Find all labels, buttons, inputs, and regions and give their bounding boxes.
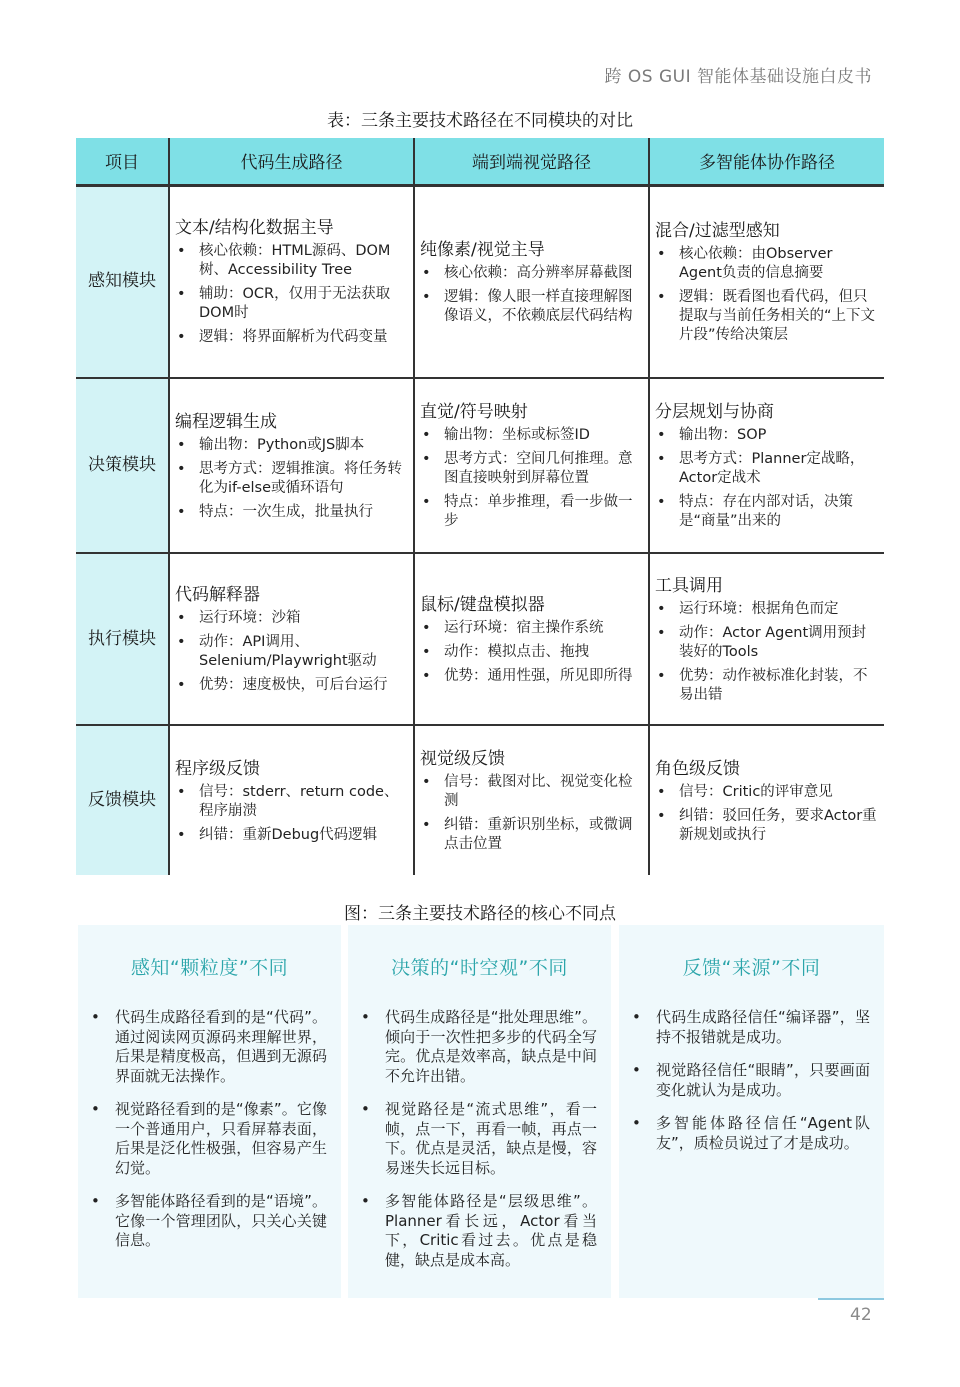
cell-title: 混合/过滤型感知 (655, 219, 878, 243)
cell-list: •信号：stderr、return code、程序崩溃 •纠错：重新Debug代… (175, 783, 407, 845)
bullet-icon: • (422, 773, 431, 792)
bullet-icon: • (361, 1100, 370, 1120)
figure-caption: 图：三条主要技术路径的核心不同点 (0, 899, 960, 924)
list-item: •思考方式：空间几何推理。意图直接映射到屏幕位置 (420, 450, 642, 488)
bullet-icon: • (177, 436, 186, 455)
cell-list: •信号：Critic的评审意见 •纠错：驳回任务，要求Actor重新规划或执行 (655, 783, 878, 845)
cell-title: 代码解释器 (175, 583, 407, 607)
list-item: •信号：截图对比、视觉变化检测 (420, 773, 642, 811)
bullet-icon: • (177, 676, 186, 695)
cell-title: 视觉级反馈 (420, 747, 642, 771)
list-item: •纠错：重新Debug代码逻辑 (175, 826, 407, 845)
bullet-icon: • (422, 450, 431, 469)
list-item: •代码生成路径信任“编译器”，坚持不报错就是成功。 (629, 1008, 870, 1047)
bullet-icon: • (177, 633, 186, 652)
list-item: •动作：Actor Agent调用预封装好的Tools (655, 624, 878, 662)
list-item: •动作：模拟点击、拖拽 (420, 643, 642, 662)
bullet-icon: • (657, 493, 666, 512)
card-decision-spacetime: 决策的“时空观”不同 •代码生成路径是“批处理思维”。倾向于一次性把多步的代码全… (348, 925, 611, 1298)
table-cell: 直觉/符号映射 •输出物：坐标或标签ID •思考方式：空间几何推理。意图直接映射… (414, 378, 649, 553)
page-number-rule (818, 1298, 884, 1300)
cell-title: 工具调用 (655, 574, 878, 598)
bullet-icon: • (632, 1061, 641, 1081)
list-item: •逻辑：像人眼一样直接理解图像语义，不依赖底层代码结构 (420, 288, 642, 326)
table-cell: 视觉级反馈 •信号：截图对比、视觉变化检测 •纠错：重新识别坐标，或微调点击位置 (414, 725, 649, 875)
cell-title: 鼠标/键盘模拟器 (420, 593, 642, 617)
list-item: •核心依赖：高分辨率屏幕截图 (420, 264, 642, 283)
cell-list: •输出物：SOP •思考方式：Planner定战略，Actor定战术 •特点：存… (655, 426, 878, 531)
bullet-icon: • (177, 285, 186, 304)
list-item: •多智能体路径看到的是“语境”。它像一个管理团队，只关心关键信息。 (88, 1192, 327, 1251)
bullet-icon: • (177, 826, 186, 845)
list-item: •视觉路径看到的是“像素”。它像一个普通用户，只看屏幕表面，后果是泛化性极强，但… (88, 1100, 327, 1178)
card-perception-granularity: 感知“颗粒度”不同 •代码生成路径看到的是“代码”。通过阅读网页源码来理解世界，… (78, 925, 341, 1298)
table-cell: 工具调用 •运行环境：根据角色而定 •动作：Actor Agent调用预封装好的… (649, 553, 884, 725)
cell-list: •核心依赖：高分辨率屏幕截图 •逻辑：像人眼一样直接理解图像语义，不依赖底层代码… (420, 264, 642, 326)
bullet-icon: • (632, 1114, 641, 1134)
card-feedback-source: 反馈“来源”不同 •代码生成路径信任“编译器”，坚持不报错就是成功。 •视觉路径… (619, 925, 884, 1298)
bullet-icon: • (422, 643, 431, 662)
column-header-item: 项目 (76, 138, 169, 185)
list-item: •思考方式：Planner定战略，Actor定战术 (655, 450, 878, 488)
bullet-icon: • (177, 783, 186, 802)
table-row-execution: 执行模块 代码解释器 •运行环境：沙箱 •动作：API调用、Selenium/P… (76, 553, 884, 725)
bullet-icon: • (657, 807, 666, 826)
row-label: 执行模块 (76, 553, 169, 725)
table-cell: 程序级反馈 •信号：stderr、return code、程序崩溃 •纠错：重新… (169, 725, 414, 875)
card-list: •代码生成路径看到的是“代码”。通过阅读网页源码来理解世界，后果是精度极高，但遇… (78, 1008, 341, 1251)
cell-title: 角色级反馈 (655, 757, 878, 781)
page-number: 42 (850, 1305, 872, 1325)
bullet-icon: • (657, 624, 666, 643)
bullet-icon: • (361, 1008, 370, 1028)
table-header-row: 项目 代码生成路径 端到端视觉路径 多智能体协作路径 (76, 138, 884, 185)
bullet-icon: • (177, 503, 186, 522)
bullet-icon: • (361, 1192, 370, 1212)
bullet-icon: • (657, 450, 666, 469)
bullet-icon: • (632, 1008, 641, 1028)
list-item: •信号：Critic的评审意见 (655, 783, 878, 802)
list-item: •动作：API调用、Selenium/Playwright驱动 (175, 633, 407, 671)
list-item: •多智能体路径信任“Agent队友”，质检员说过了才是成功。 (629, 1114, 870, 1153)
bullet-icon: • (422, 816, 431, 835)
bullet-icon: • (177, 460, 186, 479)
bullet-icon: • (91, 1192, 100, 1212)
bullet-icon: • (657, 783, 666, 802)
cell-list: •核心依赖：HTML源码、DOM树、Accessibility Tree •辅助… (175, 242, 407, 347)
bullet-icon: • (177, 242, 186, 261)
list-item: •优势：动作被标准化封装，不易出错 (655, 667, 878, 705)
list-item: •信号：stderr、return code、程序崩溃 (175, 783, 407, 821)
list-item: •纠错：重新识别坐标，或微调点击位置 (420, 816, 642, 854)
list-item: •逻辑：将界面解析为代码变量 (175, 328, 407, 347)
list-item: •核心依赖：由Observer Agent负责的信息摘要 (655, 245, 878, 283)
table-cell: 角色级反馈 •信号：Critic的评审意见 •纠错：驳回任务，要求Actor重新… (649, 725, 884, 875)
list-item: •特点：存在内部对话，决策是“商量”出来的 (655, 493, 878, 531)
bullet-icon: • (91, 1008, 100, 1028)
bullet-icon: • (422, 426, 431, 445)
table-row-feedback: 反馈模块 程序级反馈 •信号：stderr、return code、程序崩溃 •… (76, 725, 884, 875)
list-item: •代码生成路径看到的是“代码”。通过阅读网页源码来理解世界，后果是精度极高，但遇… (88, 1008, 327, 1086)
list-item: •优势：通用性强，所见即所得 (420, 667, 642, 686)
bullet-icon: • (657, 667, 666, 686)
cell-list: •运行环境：根据角色而定 •动作：Actor Agent调用预封装好的Tools… (655, 600, 878, 705)
list-item: •特点：单步推理，看一步做一步 (420, 493, 642, 531)
cell-title: 分层规划与协商 (655, 400, 878, 424)
list-item: •输出物：坐标或标签ID (420, 426, 642, 445)
bullet-icon: • (177, 328, 186, 347)
cell-list: •核心依赖：由Observer Agent负责的信息摘要 •逻辑：既看图也看代码… (655, 245, 878, 345)
row-label: 反馈模块 (76, 725, 169, 875)
table-cell: 分层规划与协商 •输出物：SOP •思考方式：Planner定战略，Actor定… (649, 378, 884, 553)
cell-list: •运行环境：宿主操作系统 •动作：模拟点击、拖拽 •优势：通用性强，所见即所得 (420, 619, 642, 686)
cell-list: •输出物：Python或JS脚本 •思考方式：逻辑推演。将任务转化为if-els… (175, 436, 407, 522)
bullet-icon: • (657, 426, 666, 445)
list-item: •运行环境：根据角色而定 (655, 600, 878, 619)
bullet-icon: • (657, 245, 666, 264)
bullet-icon: • (422, 493, 431, 512)
card-list: •代码生成路径是“批处理思维”。倾向于一次性把多步的代码全写完。优点是效率高，缺… (348, 1008, 611, 1270)
bullet-icon: • (422, 264, 431, 283)
list-item: •输出物：SOP (655, 426, 878, 445)
table-cell: 混合/过滤型感知 •核心依赖：由Observer Agent负责的信息摘要 •逻… (649, 185, 884, 378)
bullet-icon: • (657, 288, 666, 307)
bullet-icon: • (422, 667, 431, 686)
list-item: •代码生成路径是“批处理思维”。倾向于一次性把多步的代码全写完。优点是效率高，缺… (358, 1008, 597, 1086)
list-item: •辅助：OCR，仅用于无法获取DOM时 (175, 285, 407, 323)
list-item: •视觉路径信任“眼睛”，只要画面变化就认为是成功。 (629, 1061, 870, 1100)
table-row-decision: 决策模块 编程逻辑生成 •输出物：Python或JS脚本 •思考方式：逻辑推演。… (76, 378, 884, 553)
cell-title: 程序级反馈 (175, 757, 407, 781)
card-title: 决策的“时空观”不同 (348, 953, 611, 980)
cell-list: •信号：截图对比、视觉变化检测 •纠错：重新识别坐标，或微调点击位置 (420, 773, 642, 854)
column-header-code-path: 代码生成路径 (169, 138, 414, 185)
list-item: •多智能体路径是“层级思维”。Planner看长远，Actor看当下，Criti… (358, 1192, 597, 1270)
cell-list: •运行环境：沙箱 •动作：API调用、Selenium/Playwright驱动… (175, 609, 407, 695)
table-row-perception: 感知模块 文本/结构化数据主导 •核心依赖：HTML源码、DOM树、Access… (76, 185, 884, 378)
cell-title: 直觉/符号映射 (420, 400, 642, 424)
comparison-table: 项目 代码生成路径 端到端视觉路径 多智能体协作路径 感知模块 文本/结构化数据… (76, 138, 884, 875)
table-cell: 代码解释器 •运行环境：沙箱 •动作：API调用、Selenium/Playwr… (169, 553, 414, 725)
cell-title: 编程逻辑生成 (175, 410, 407, 434)
running-header-title: 跨 OS GUI 智能体基础设施白皮书 (604, 62, 872, 87)
cell-title: 文本/结构化数据主导 (175, 216, 407, 240)
list-item: •特点：一次生成，批量执行 (175, 503, 407, 522)
column-header-multi-agent-path: 多智能体协作路径 (649, 138, 884, 185)
column-header-vision-path: 端到端视觉路径 (414, 138, 649, 185)
cell-title: 纯像素/视觉主导 (420, 238, 642, 262)
difference-cards: 感知“颗粒度”不同 •代码生成路径看到的是“代码”。通过阅读网页源码来理解世界，… (78, 925, 884, 1298)
table-cell: 纯像素/视觉主导 •核心依赖：高分辨率屏幕截图 •逻辑：像人眼一样直接理解图像语… (414, 185, 649, 378)
row-label: 感知模块 (76, 185, 169, 378)
list-item: •优势：速度极快，可后台运行 (175, 676, 407, 695)
row-label: 决策模块 (76, 378, 169, 553)
table-cell: 鼠标/键盘模拟器 •运行环境：宿主操作系统 •动作：模拟点击、拖拽 •优势：通用… (414, 553, 649, 725)
bullet-icon: • (91, 1100, 100, 1120)
bullet-icon: • (422, 619, 431, 638)
card-title: 反馈“来源”不同 (619, 953, 884, 980)
list-item: •纠错：驳回任务，要求Actor重新规划或执行 (655, 807, 878, 845)
list-item: •视觉路径是“流式思维”，看一帧，点一下，再看一帧，再点一下。优点是灵活，缺点是… (358, 1100, 597, 1178)
list-item: •输出物：Python或JS脚本 (175, 436, 407, 455)
table-cell: 编程逻辑生成 •输出物：Python或JS脚本 •思考方式：逻辑推演。将任务转化… (169, 378, 414, 553)
list-item: •思考方式：逻辑推演。将任务转化为if-else或循环语句 (175, 460, 407, 498)
table-caption: 表：三条主要技术路径在不同模块的对比 (0, 106, 960, 131)
card-title: 感知“颗粒度”不同 (78, 953, 341, 980)
table-cell: 文本/结构化数据主导 •核心依赖：HTML源码、DOM树、Accessibili… (169, 185, 414, 378)
list-item: •核心依赖：HTML源码、DOM树、Accessibility Tree (175, 242, 407, 280)
bullet-icon: • (177, 609, 186, 628)
bullet-icon: • (657, 600, 666, 619)
list-item: •运行环境：宿主操作系统 (420, 619, 642, 638)
list-item: •运行环境：沙箱 (175, 609, 407, 628)
list-item: •逻辑：既看图也看代码，但只提取与当前任务相关的“上下文片段”传给决策层 (655, 288, 878, 345)
cell-list: •输出物：坐标或标签ID •思考方式：空间几何推理。意图直接映射到屏幕位置 •特… (420, 426, 642, 531)
bullet-icon: • (422, 288, 431, 307)
card-list: •代码生成路径信任“编译器”，坚持不报错就是成功。 •视觉路径信任“眼睛”，只要… (619, 1008, 884, 1153)
